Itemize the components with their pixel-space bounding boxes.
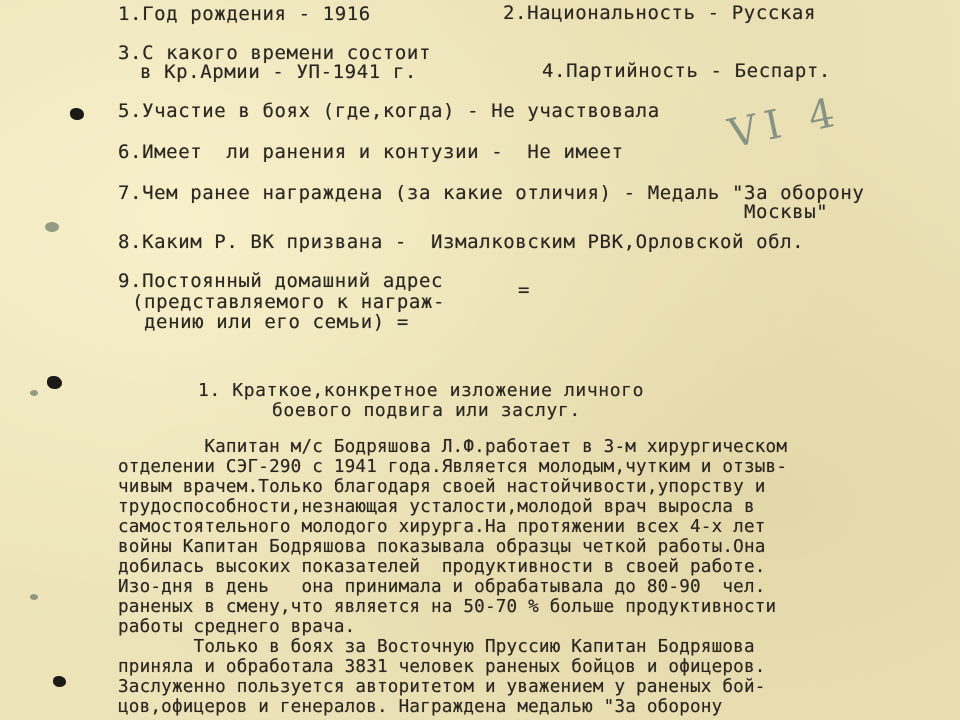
field-prior-awards: 7.Чем ранее награждена (за какие отличия… [118,183,864,203]
field-home-address-value: = [518,280,530,300]
narrative-line: самостоятельного молодого хирурга.На про… [118,517,766,537]
field-birth-year: 1.Год рождения - 1916 [118,4,371,24]
punch-hole [47,376,62,389]
narrative-line: раненых в смену,что является на 50-70 % … [118,597,776,617]
narrative-line: войны Капитан Бодряшова показывала образ… [118,537,766,557]
field-home-address-cont2: дению или его семьи) = [144,312,409,332]
stain [30,594,38,600]
field-combat: 5.Участие в боях (где,когда) - Не участв… [118,101,660,121]
narrative-line: цов,офицеров и генералов. Награждена мед… [118,697,722,717]
narrative-line: Изо-дня в день она принимала и обрабатыв… [118,577,766,597]
narrative-line: приняла и обработала 3831 человек ранены… [118,657,766,677]
field-home-address-cont: (представляемого к награж- [132,292,445,312]
punch-hole [53,676,66,687]
narrative-line: работы среднего врача. [118,617,355,637]
field-home-address: 9.Постоянный домашний адрес [118,271,443,291]
field-nationality: 2.Национальность - Русская [503,3,816,23]
narrative-line: Только в боях за Восточную Пруссию Капит… [118,637,755,657]
narrative-line: трудоспособности,незнающая усталости,мол… [118,497,755,517]
field-service-since-cont: в Кр.Армии - УП-1941 г. [140,62,417,82]
narrative-line: отделении СЭГ-290 с 1941 года.Является м… [118,457,787,477]
field-wounds: 6.Имеет ли ранения и контузии - Не имеет [118,142,624,162]
stain [30,390,38,396]
pencil-annotation: VI 4 [724,89,846,158]
stain [45,222,59,232]
narrative-line: Заслуженно пользуется авторитетом и уваж… [118,677,766,697]
punch-hole [70,108,84,120]
field-conscripted-by: 8.Каким Р. ВК призвана - Измалковским РВ… [118,232,804,252]
field-service-since: 3.С какого времени состоит [118,43,431,63]
narrative-line: добилась высоких показателей продуктивно… [118,557,766,577]
narrative-line: Капитан м/с Бодряшова Л.Ф.работает в 3-м… [118,437,787,457]
field-party: 4.Партийность - Беспарт. [542,61,831,81]
section-heading-line2: боевого подвига или заслуг. [272,401,581,421]
document-page: VI 4 1.Год рождения - 1916 2.Национально… [0,0,960,720]
field-prior-awards-cont: Москвы" [744,202,828,222]
section-heading-line1: 1. Краткое,конкретное изложение личного [198,381,644,401]
narrative-line: чивым врачем.Только благодаря своей наст… [118,477,766,497]
